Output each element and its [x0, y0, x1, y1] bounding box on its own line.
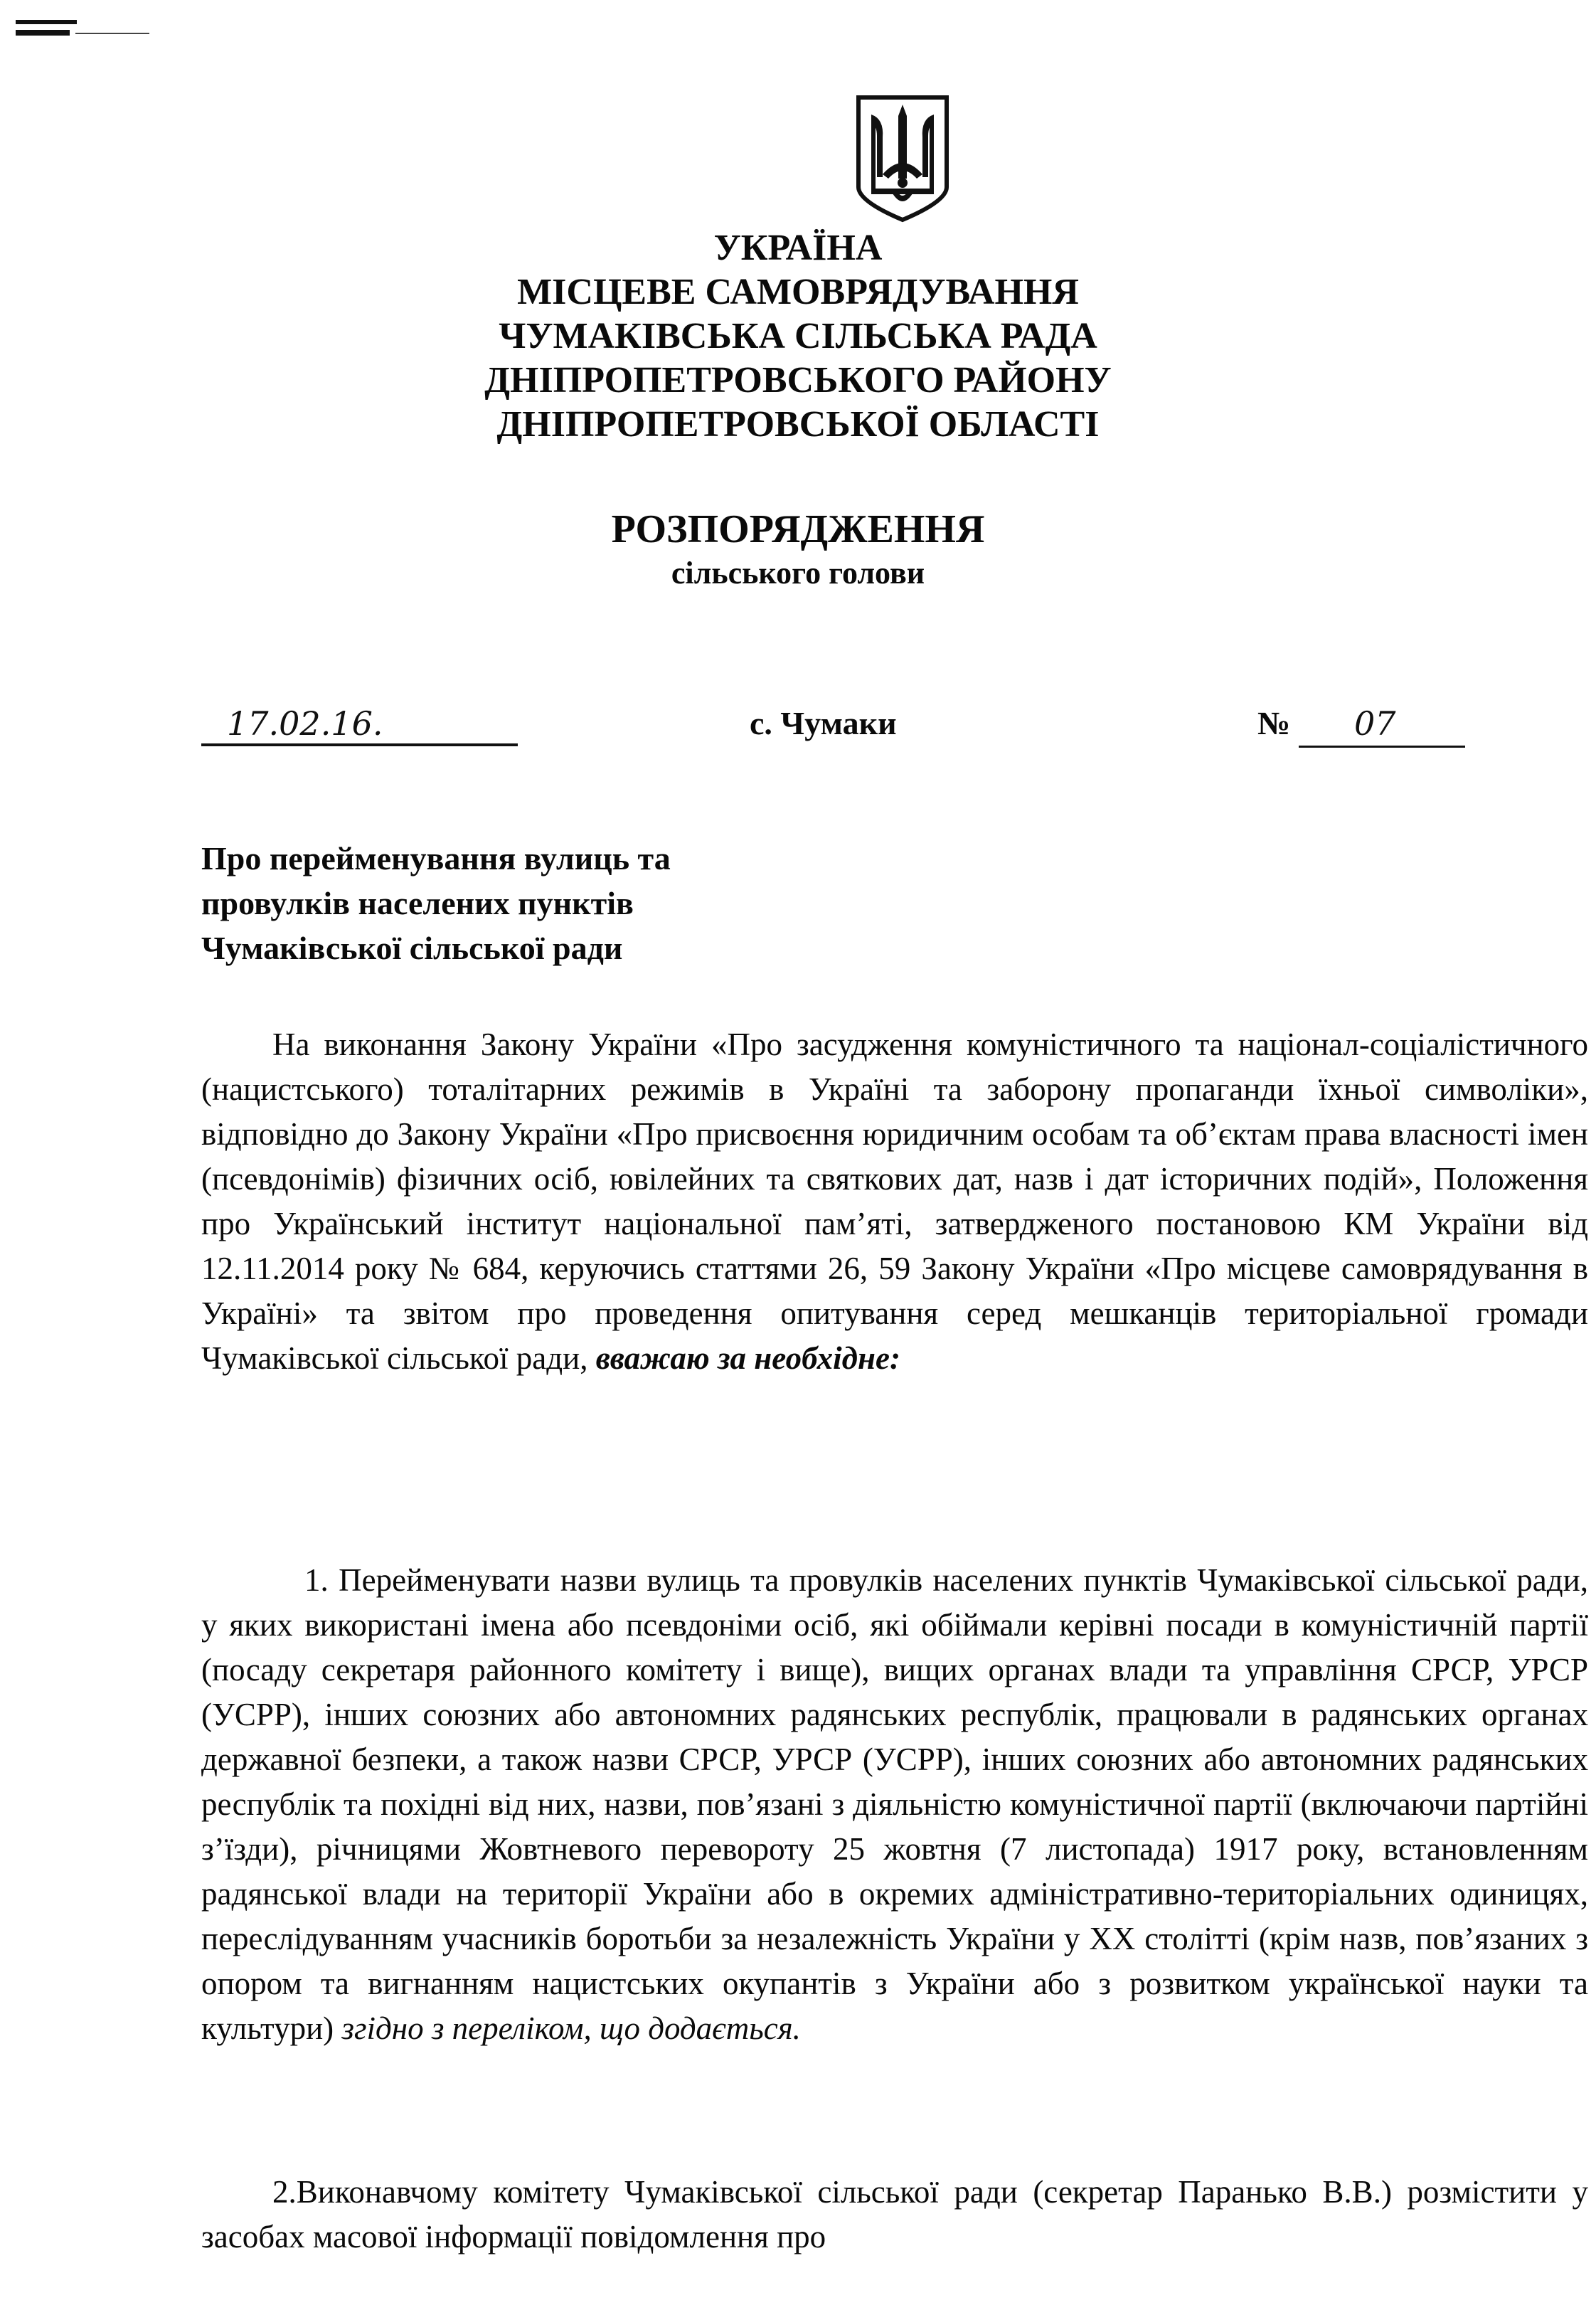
preamble-text: На виконання Закону України «Про засудже… [201, 1027, 1588, 1376]
item-1-reference: згідно з переліком, що додається. [341, 2010, 801, 2046]
item-1-paragraph: 1. Перейменувати назви вулиць та провулк… [201, 1558, 1588, 2051]
resolution-phrase: вважаю за необхідне: [596, 1340, 900, 1376]
number-field: 07 [1299, 701, 1465, 748]
item-2-text: 2.Виконавчому комітету Чумаківської сіль… [201, 2174, 1588, 2254]
region-name: ДНІПРОПЕТРОВСЬКОЇ ОБЛАСТІ [0, 403, 1596, 447]
subject-line: Чумаківської сільської ради [201, 926, 671, 970]
document-type-title: РОЗПОРЯДЖЕННЯ [0, 507, 1596, 552]
trident-coat-of-arms-icon [856, 95, 949, 223]
subject-line: Про перейменування вулиць та [201, 836, 671, 881]
number-label: № [1257, 704, 1290, 743]
subject-line: провулків населених пунктів [201, 881, 671, 926]
letterhead: УКРАЇНА МІСЦЕВЕ САМОВРЯДУВАННЯ ЧУМАКІВСЬ… [0, 226, 1596, 447]
scan-artifact-mark [16, 20, 151, 41]
document-type-subtitle: сільського голови [0, 555, 1596, 592]
date-field: 17.02.16. [201, 701, 518, 746]
subject-heading: Про перейменування вулиць та провулків н… [201, 836, 671, 970]
council-name: ЧУМАКІВСЬКА СІЛЬСЬКА РАДА [0, 314, 1596, 359]
item-2-paragraph: 2.Виконавчому комітету Чумаківської сіль… [201, 2170, 1588, 2259]
preamble-paragraph: На виконання Закону України «Про засудже… [201, 1022, 1588, 1381]
place-name: с. Чумаки [750, 704, 897, 743]
document-meta-row: 17.02.16. с. Чумаки № 07 [0, 701, 1596, 758]
country-name: УКРАЇНА [0, 226, 1596, 270]
handwritten-date: 17.02.16. [227, 704, 383, 743]
handwritten-number: 07 [1354, 704, 1396, 743]
district-name: ДНІПРОПЕТРОВСЬКОГО РАЙОНУ [0, 359, 1596, 403]
authority-line: МІСЦЕВЕ САМОВРЯДУВАННЯ [0, 270, 1596, 314]
item-1-text: 1. Перейменувати назви вулиць та провулк… [201, 1562, 1588, 2046]
